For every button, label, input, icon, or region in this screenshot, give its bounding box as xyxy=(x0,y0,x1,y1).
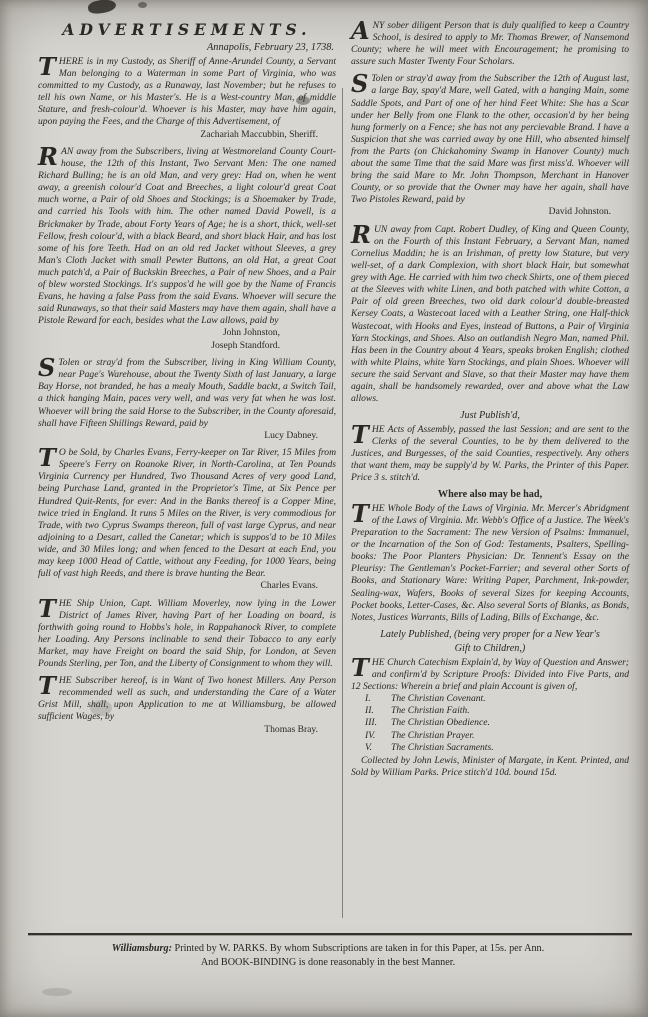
catechism-item: V. The Christian Sacraments. xyxy=(365,742,629,754)
drop-cap: T xyxy=(38,599,56,619)
imprint-line1: Printed by W. PARKS. By whom Subscriptio… xyxy=(172,943,544,954)
ad-text: O be Sold, by Charles Evans, Ferry-keepe… xyxy=(38,447,336,579)
catechism-item: IV. The Christian Prayer. xyxy=(365,730,629,742)
ad-signature: Joseph Standford. xyxy=(38,340,336,352)
ad-ship-union: THE Ship Union, Capt. William Moverley, … xyxy=(38,598,336,671)
ad-runaway-servants: RAN away from the Subscribers, living at… xyxy=(38,146,336,352)
ad-millers-wanted: THE Subscriber hereof, is in Want of Two… xyxy=(38,675,336,736)
ad-signature: John Johnston, xyxy=(38,327,336,339)
ad-signature: Thomas Bray. xyxy=(38,724,336,736)
catechism-title: The Christian Faith. xyxy=(391,705,470,717)
drop-cap: T xyxy=(351,658,369,678)
left-column: ADVERTISEMENTS. Annapolis, February 23, … xyxy=(38,20,336,741)
ad-text: NY sober diligent Person that is duly qu… xyxy=(351,20,629,67)
catechism-title: The Christian Covenant. xyxy=(391,693,486,705)
column-divider xyxy=(342,88,343,918)
drop-cap: S xyxy=(38,358,55,378)
ad-stolen-horse: STolen or stray'd from the Subscriber, l… xyxy=(38,357,336,442)
catechism-item: III. The Christian Obedience. xyxy=(365,717,629,729)
notice-acts-of-assembly: THE Acts of Assembly, passed the last Se… xyxy=(351,424,629,484)
notice-text: HE Acts of Assembly, passed the last Ses… xyxy=(351,424,629,483)
catechism-title: The Christian Obedience. xyxy=(391,717,490,729)
ad-land-sale: TO be Sold, by Charles Evans, Ferry-keep… xyxy=(38,447,336,592)
ad-text: HE Subscriber hereof, is in Want of Two … xyxy=(38,675,336,722)
notice-church-catechism: THE Church Catechism Explain'd, by Way o… xyxy=(351,657,629,779)
scan-smudge xyxy=(138,2,147,8)
drop-cap: T xyxy=(38,676,56,696)
catechism-numeral: V. xyxy=(365,742,391,754)
ad-text: Tolen or stray'd from the Subscriber, li… xyxy=(38,357,336,428)
ad-signature: Lucy Dabney. xyxy=(38,430,336,442)
ad-runaway-custody: THERE is in my Custody, as Sheriff of An… xyxy=(38,56,336,141)
section-heading-just-published: Just Publish'd, xyxy=(351,410,629,423)
page-title: ADVERTISEMENTS. xyxy=(38,20,336,40)
drop-cap: R xyxy=(38,147,58,167)
drop-cap: S xyxy=(351,74,368,94)
right-column: ANY sober diligent Person that is duly q… xyxy=(351,20,629,784)
imprint-line2: And BOOK-BINDING is done reasonably in t… xyxy=(24,956,632,970)
catechism-closing: Collected by John Lewis, Minister of Mar… xyxy=(351,755,629,779)
scan-smudge xyxy=(87,0,117,15)
drop-cap: T xyxy=(351,425,369,445)
catechism-title: The Christian Prayer. xyxy=(391,730,474,742)
catechism-item: I. The Christian Covenant. xyxy=(365,693,629,705)
drop-cap: A xyxy=(351,21,370,41)
ad-signature: Charles Evans. xyxy=(38,580,336,592)
ad-stolen-mare: STolen or stray'd away from the Subscrib… xyxy=(351,73,629,218)
imprint-place: Williamsburg: xyxy=(112,943,172,954)
printer-imprint: Williamsburg: Printed by W. PARKS. By wh… xyxy=(24,942,632,969)
drop-cap: T xyxy=(351,504,369,524)
notice-text: HE Church Catechism Explain'd, by Way of… xyxy=(351,657,629,692)
section-heading-where-also: Where also may be had, xyxy=(351,489,629,502)
footer-rule xyxy=(28,933,632,935)
ad-text: UN away from Capt. Robert Dudley, of Kin… xyxy=(351,224,629,404)
ad-schoolmaster-wanted: ANY sober diligent Person that is duly q… xyxy=(351,20,629,68)
catechism-numeral: III. xyxy=(365,717,391,729)
dateline: Annapolis, February 23, 1738. xyxy=(38,41,336,54)
scan-smudge xyxy=(42,988,72,996)
notice-books-for-sale: THE Whole Body of the Laws of Virginia. … xyxy=(351,503,629,624)
ad-signature: David Johnston. xyxy=(351,206,629,218)
section-heading-lately-published-line2: Gift to Children,) xyxy=(351,643,629,656)
ad-runaway-maddin: RUN away from Capt. Robert Dudley, of Ki… xyxy=(351,224,629,405)
catechism-numeral: IV. xyxy=(365,730,391,742)
drop-cap: T xyxy=(38,57,56,77)
newspaper-page: ADVERTISEMENTS. Annapolis, February 23, … xyxy=(0,0,648,1017)
catechism-item: II. The Christian Faith. xyxy=(365,705,629,717)
section-heading-lately-published-line1: Lately Published, (being very proper for… xyxy=(351,629,629,642)
drop-cap: R xyxy=(351,225,371,245)
notice-text: HE Whole Body of the Laws of Virginia. M… xyxy=(351,503,629,623)
ad-text: Tolen or stray'd away from the Subscribe… xyxy=(351,73,629,205)
drop-cap: T xyxy=(38,448,56,468)
catechism-title: The Christian Sacraments. xyxy=(391,742,494,754)
ad-text: AN away from the Subscribers, living at … xyxy=(38,146,336,326)
catechism-numeral: I. xyxy=(365,693,391,705)
ad-text: HE Ship Union, Capt. William Moverley, n… xyxy=(38,598,336,669)
ad-text: HERE is in my Custody, as Sheriff of Ann… xyxy=(38,56,336,127)
catechism-numeral: II. xyxy=(365,705,391,717)
ad-signature: Zachariah Maccubbin, Sheriff. xyxy=(38,129,336,141)
